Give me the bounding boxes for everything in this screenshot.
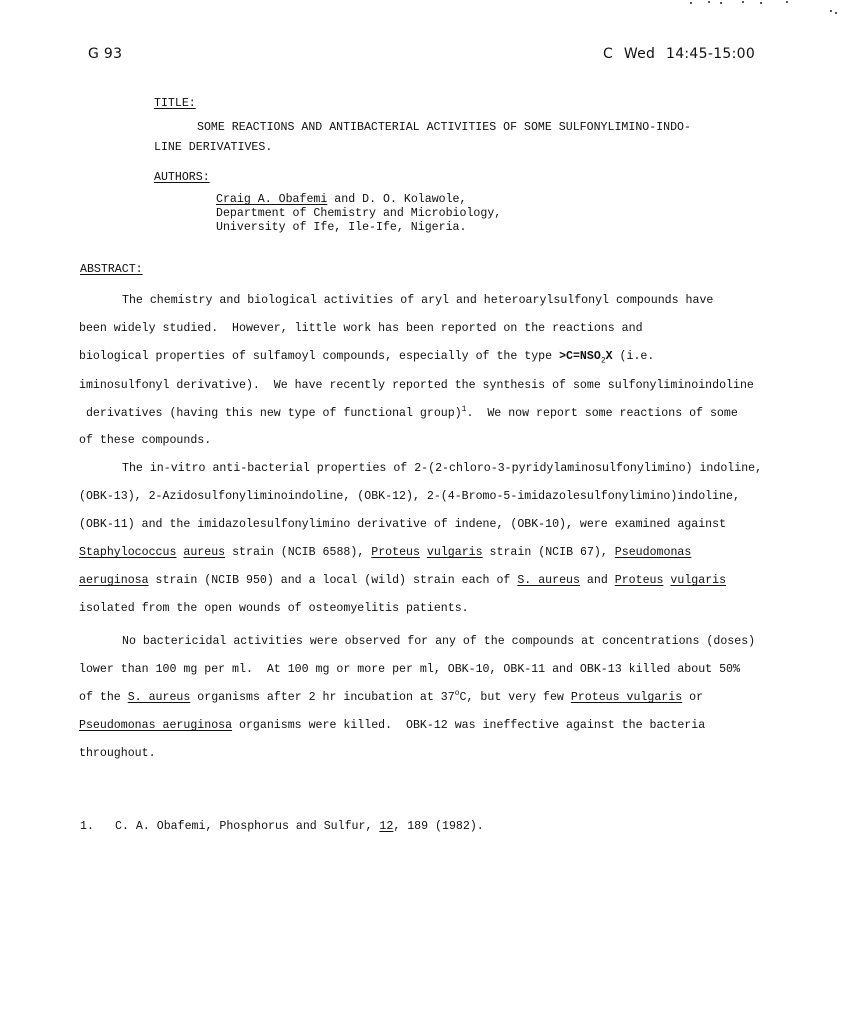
abstract-line: derivatives (having this new type of fun… xyxy=(79,407,738,421)
text-segment: (OBK-11) and the imidazolesulfonylimino … xyxy=(79,518,726,531)
abstract-line: lower than 100 mg per ml. At 100 mg or m… xyxy=(79,663,740,677)
session-time: C Wed 14:45-15:00 xyxy=(603,46,755,62)
underlined-term: Proteus vulgaris xyxy=(571,691,682,704)
underlined-term: 12 xyxy=(379,820,393,833)
text-segment: (i.e. xyxy=(613,350,655,363)
reference-citation: C. A. Obafemi, Phosphorus and Sulfur, 12… xyxy=(115,820,484,834)
text-segment: throughout. xyxy=(79,747,156,760)
abstract-line: been widely studied. However, little wor… xyxy=(79,322,643,336)
underlined-term: S. aureus xyxy=(128,691,191,704)
text-segment: been widely studied. However, little wor… xyxy=(79,322,643,335)
abstract-line: The chemistry and biological activities … xyxy=(122,294,713,308)
authors-label: AUTHORS: xyxy=(154,171,210,185)
text-segment: strain (NCIB 67), xyxy=(483,546,615,559)
text-segment: or xyxy=(682,691,703,704)
text-segment: C. A. Obafemi, Phosphorus and Sulfur, xyxy=(115,820,379,833)
text-segment: isolated from the open wounds of osteomy… xyxy=(79,602,469,615)
text-segment: (OBK-13), 2-Azidosulfonyliminoindoline, … xyxy=(79,490,740,503)
abstract-line: iminosulfonyl derivative). We have recen… xyxy=(79,379,754,393)
text-segment: of the xyxy=(79,691,128,704)
abstract-line: isolated from the open wounds of osteomy… xyxy=(79,602,469,616)
abstract-line: The in-vitro anti-bacterial properties o… xyxy=(122,462,762,476)
text-segment: . We now report some reactions of some xyxy=(466,407,737,420)
text-segment: organisms after 2 hr incubation at 37 xyxy=(190,691,454,704)
presenting-author: Craig A. Obafemi xyxy=(216,193,327,206)
authors-line: Craig A. Obafemi and D. O. Kolawole, xyxy=(216,193,466,207)
affiliation-line-1: Department of Chemistry and Microbiology… xyxy=(216,207,501,221)
text-segment: derivatives (having this new type of fun… xyxy=(79,407,462,420)
underlined-term: Proteus xyxy=(615,574,664,587)
reference-number: 1. xyxy=(80,820,94,834)
text-segment: >C=NSO xyxy=(559,350,601,363)
abstract-line: No bactericidal activities were observed… xyxy=(122,635,755,649)
abstract-label: ABSTRACT: xyxy=(80,263,143,277)
affiliation-line-2: University of Ife, Ile-Ife, Nigeria. xyxy=(216,221,466,235)
text-segment: , 189 (1982). xyxy=(393,820,483,833)
underlined-term: aeruginosa xyxy=(79,574,149,587)
text-segment: The chemistry and biological activities … xyxy=(122,294,713,307)
text-segment xyxy=(420,546,427,559)
title-line-2: LINE DERIVATIVES. xyxy=(154,141,272,155)
abstract-line: (OBK-13), 2-Azidosulfonyliminoindoline, … xyxy=(79,490,740,504)
scan-artifacts xyxy=(690,0,840,14)
abstract-line: biological properties of sulfamoyl compo… xyxy=(79,350,654,364)
text-segment: strain (NCIB 6588), xyxy=(225,546,371,559)
abstract-line: aeruginosa strain (NCIB 950) and a local… xyxy=(79,574,726,588)
underlined-term: Proteus xyxy=(371,546,420,559)
text-segment: X xyxy=(606,350,613,363)
underlined-term: S. aureus xyxy=(517,574,580,587)
title-line-1: SOME REACTIONS AND ANTIBACTERIAL ACTIVIT… xyxy=(197,121,691,135)
abstract-line: of the S. aureus organisms after 2 hr in… xyxy=(79,691,703,705)
underlined-term: Staphylococcus xyxy=(79,546,176,559)
abstract-line: of these compounds. xyxy=(79,434,211,448)
text-segment: The in-vitro anti-bacterial properties o… xyxy=(122,462,762,475)
text-segment: and xyxy=(580,574,615,587)
text-segment: strain (NCIB 950) and a local (wild) str… xyxy=(149,574,518,587)
abstract-code: G 93 xyxy=(88,46,122,62)
abstract-line: Staphylococcus aureus strain (NCIB 6588)… xyxy=(79,546,691,560)
underlined-term: vulgaris xyxy=(670,574,726,587)
underlined-term: aureus xyxy=(183,546,225,559)
underlined-term: Pseudomonas xyxy=(615,546,692,559)
title-label: TITLE: xyxy=(154,97,196,111)
text-segment: organisms were killed. OBK-12 was ineffe… xyxy=(232,719,705,732)
abstract-line: Pseudomonas aeruginosa organisms were ki… xyxy=(79,719,705,733)
text-segment: of these compounds. xyxy=(79,434,211,447)
underlined-term: Pseudomonas aeruginosa xyxy=(79,719,232,732)
text-segment: iminosulfonyl derivative). We have recen… xyxy=(79,379,754,392)
abstract-line: throughout. xyxy=(79,747,156,761)
text-segment: No bactericidal activities were observed… xyxy=(122,635,755,648)
text-segment: C, but very few xyxy=(460,691,571,704)
text-segment: lower than 100 mg per ml. At 100 mg or m… xyxy=(79,663,740,676)
coauthor: and D. O. Kolawole, xyxy=(327,193,466,206)
text-segment: biological properties of sulfamoyl compo… xyxy=(79,350,559,363)
underlined-term: vulgaris xyxy=(427,546,483,559)
abstract-line: (OBK-11) and the imidazolesulfonylimino … xyxy=(79,518,726,532)
